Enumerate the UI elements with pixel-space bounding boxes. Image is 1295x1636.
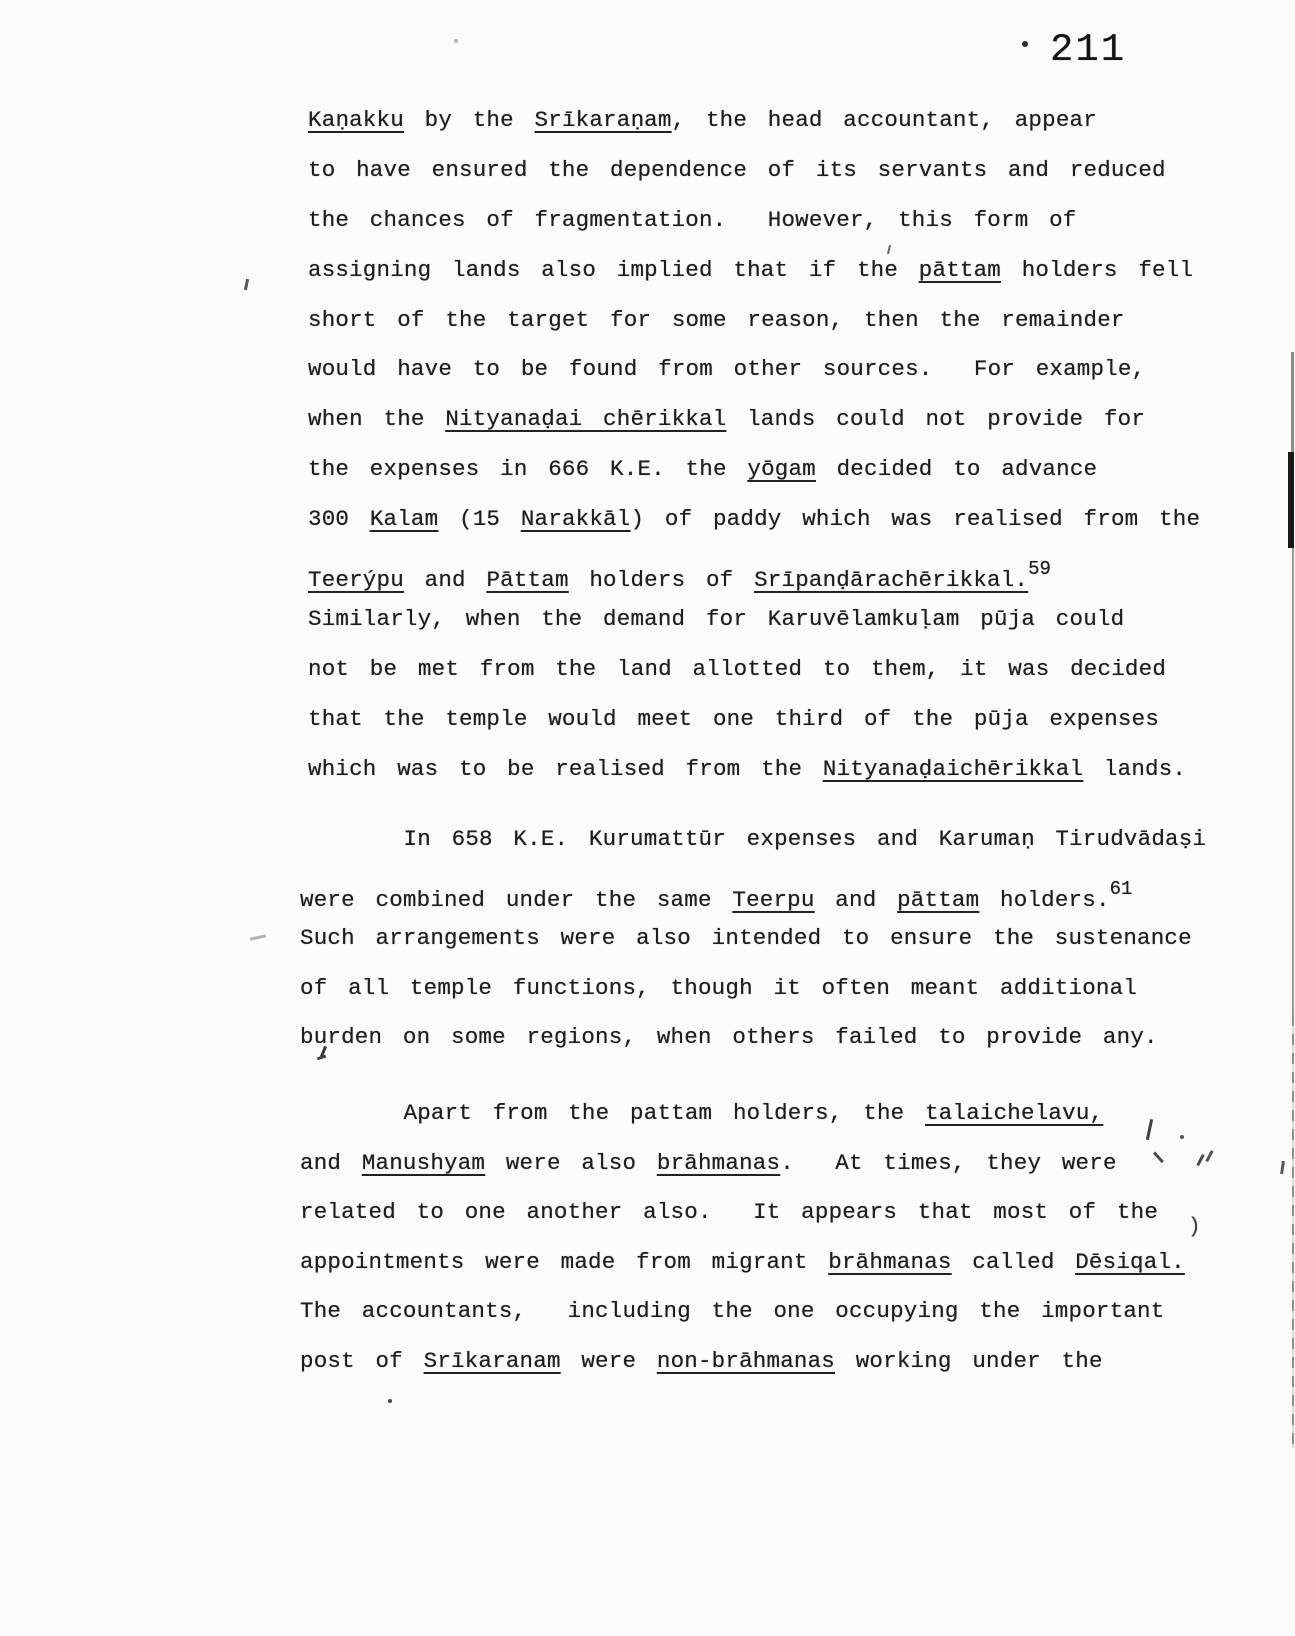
text-line: post of Srīkaranam were non-brāhmanas wo… xyxy=(300,1337,1185,1387)
text-segment: The accountants, including the one occup… xyxy=(300,1298,1164,1324)
paragraph: Kaṇakku by the Srīkaraṇam, the head acco… xyxy=(308,96,1200,794)
text-line: appointments were made from migrant brāh… xyxy=(300,1238,1185,1288)
paragraph: In 658 K.E. Kurumattūr expenses and Karu… xyxy=(300,815,1206,1063)
underlined-term: Manushyam xyxy=(362,1150,485,1176)
text-segment: called xyxy=(952,1249,1076,1275)
text-line: the expenses in 666 K.E. the yōgam decid… xyxy=(308,445,1200,495)
text-segment: that the temple would meet one third of … xyxy=(308,706,1159,732)
text-segment: by the xyxy=(404,107,535,133)
text-segment: Apart from the pattam holders, the xyxy=(300,1100,925,1126)
text-line: of all temple functions, though it often… xyxy=(300,964,1206,1014)
text-segment: (15 xyxy=(438,506,521,532)
text-segment: would have to be found from other source… xyxy=(308,356,1145,382)
text-line: burden on some regions, when others fail… xyxy=(300,1013,1206,1063)
scan-speck xyxy=(388,1399,392,1403)
document-page: 211 Kaṇakku by the Srīkaraṇam, the head … xyxy=(0,0,1295,1636)
text-line: related to one another also. It appears … xyxy=(300,1188,1185,1238)
underlined-term: brāhmanas xyxy=(828,1249,951,1275)
text-line: were combined under the same Teerpu and … xyxy=(300,865,1206,915)
text-segment: which was to be realised from the xyxy=(308,756,823,782)
underlined-term: Teerýpu xyxy=(308,567,404,593)
text-segment: appointments were made from migrant xyxy=(300,1249,828,1275)
text-segment: In 658 K.E. Kurumattūr expenses and Karu… xyxy=(300,826,1206,852)
paragraph: Apart from the pattam holders, the talai… xyxy=(300,1089,1185,1387)
underlined-term: Kaṇakku xyxy=(308,107,404,133)
text-segment: holders of xyxy=(569,567,754,593)
underlined-term: brāhmanas xyxy=(657,1150,780,1176)
text-line: 300 Kalam (15 Narakkāl) of paddy which w… xyxy=(308,495,1200,545)
text-line: when the Nityanaḍai chērikkal lands coul… xyxy=(308,395,1200,445)
page-number: 211 xyxy=(1050,28,1126,72)
text-segment: were combined under the same xyxy=(300,887,732,913)
text-segment: post of xyxy=(300,1348,424,1374)
text-line: In 658 K.E. Kurumattūr expenses and Karu… xyxy=(300,815,1206,865)
text-segment: and xyxy=(300,1150,362,1176)
page-number-dot xyxy=(1022,41,1028,47)
underlined-term: talaichelavu, xyxy=(925,1100,1103,1126)
underlined-term: yōgam xyxy=(747,456,816,482)
underlined-term: Pāttam xyxy=(486,567,568,593)
text-segment: burden on some regions, when others fail… xyxy=(300,1024,1158,1050)
scan-speck xyxy=(454,39,458,43)
underlined-term: Srīpanḍārachērikkal. xyxy=(754,567,1028,593)
underlined-term: Kalam xyxy=(370,506,439,532)
pen-mark xyxy=(1280,1161,1285,1174)
text-segment: short of the target for some reason, the… xyxy=(308,307,1125,333)
text-line: assigning lands also implied that if the… xyxy=(308,246,1200,296)
text-segment: of all temple functions, though it often… xyxy=(300,975,1137,1001)
text-segment: Similarly, when the demand for Karuvēlam… xyxy=(308,606,1124,632)
underlined-term: pāttam xyxy=(897,887,979,913)
text-line: Such arrangements were also intended to … xyxy=(300,914,1206,964)
underlined-term: pāttam xyxy=(919,257,1001,283)
text-line: Apart from the pattam holders, the talai… xyxy=(300,1089,1185,1139)
stray-paren-mark: ) xyxy=(1188,1203,1201,1252)
text-segment: decided to advance xyxy=(816,456,1097,482)
text-segment: assigning lands also implied that if the xyxy=(308,257,919,283)
text-segment: the chances of fragmentation. However, t… xyxy=(308,207,1077,233)
text-segment: holders. xyxy=(979,887,1109,913)
scan-edge-line xyxy=(1291,352,1294,452)
scan-edge-line xyxy=(1292,1015,1294,1448)
text-line: would have to be found from other source… xyxy=(308,345,1200,395)
text-segment: . At times, they were xyxy=(780,1150,1116,1176)
text-segment: to have ensured the dependence of its se… xyxy=(308,157,1166,183)
scan-mark xyxy=(250,934,266,940)
text-line: to have ensured the dependence of its se… xyxy=(308,146,1200,196)
text-line: Teerýpu and Pāttam holders of Srīpanḍāra… xyxy=(308,545,1200,595)
text-line: short of the target for some reason, the… xyxy=(308,296,1200,346)
underlined-term: Dēsiqal. xyxy=(1075,1249,1185,1275)
text-segment: when the xyxy=(308,406,445,432)
text-segment: were xyxy=(561,1348,657,1374)
underlined-term: non-brāhmanas xyxy=(657,1348,835,1374)
scan-edge-line xyxy=(1288,452,1294,548)
footnote-ref: 61 xyxy=(1110,878,1133,900)
text-segment: holders fell xyxy=(1001,257,1193,283)
scan-edge-line xyxy=(1292,548,1294,1015)
text-segment: not be met from the land allotted to the… xyxy=(308,656,1166,682)
text-segment: were also xyxy=(485,1150,657,1176)
text-segment: lands could not provide for xyxy=(726,406,1145,432)
underlined-term: Narakkāl xyxy=(521,506,631,532)
text-segment: working under the xyxy=(835,1348,1103,1374)
text-line: Kaṇakku by the Srīkaraṇam, the head acco… xyxy=(308,96,1200,146)
text-line: Similarly, when the demand for Karuvēlam… xyxy=(308,595,1200,645)
pen-mark xyxy=(1196,1154,1204,1166)
underlined-term: Nityanaḍaichērikkal xyxy=(823,756,1083,782)
scan-mark xyxy=(244,279,249,290)
underlined-term: Srīkaraṇam xyxy=(535,107,672,133)
text-line: The accountants, including the one occup… xyxy=(300,1287,1185,1337)
text-line: not be met from the land allotted to the… xyxy=(308,645,1200,695)
text-segment: 300 xyxy=(308,506,370,532)
text-segment: and xyxy=(404,567,487,593)
underlined-term: Nityanaḍai chērikkal xyxy=(445,406,726,432)
underlined-term: Srīkaranam xyxy=(424,1348,561,1374)
underlined-term: Teerpu xyxy=(732,887,814,913)
text-segment: the expenses in 666 K.E. the xyxy=(308,456,747,482)
text-line: and Manushyam were also brāhmanas. At ti… xyxy=(300,1139,1185,1189)
text-segment: and xyxy=(815,887,898,913)
footnote-ref: 59 xyxy=(1028,558,1051,580)
pen-mark xyxy=(1205,1150,1213,1162)
text-line: that the temple would meet one third of … xyxy=(308,695,1200,745)
text-line: the chances of fragmentation. However, t… xyxy=(308,196,1200,246)
text-line: which was to be realised from the Nityan… xyxy=(308,745,1200,795)
text-segment: related to one another also. It appears … xyxy=(300,1199,1158,1225)
text-segment: Such arrangements were also intended to … xyxy=(300,925,1192,951)
text-segment: , the head accountant, appear xyxy=(672,107,1097,133)
pen-mark xyxy=(1180,1135,1184,1139)
text-segment: lands. xyxy=(1083,756,1186,782)
text-segment: ) of paddy which was realised from the xyxy=(630,506,1200,532)
